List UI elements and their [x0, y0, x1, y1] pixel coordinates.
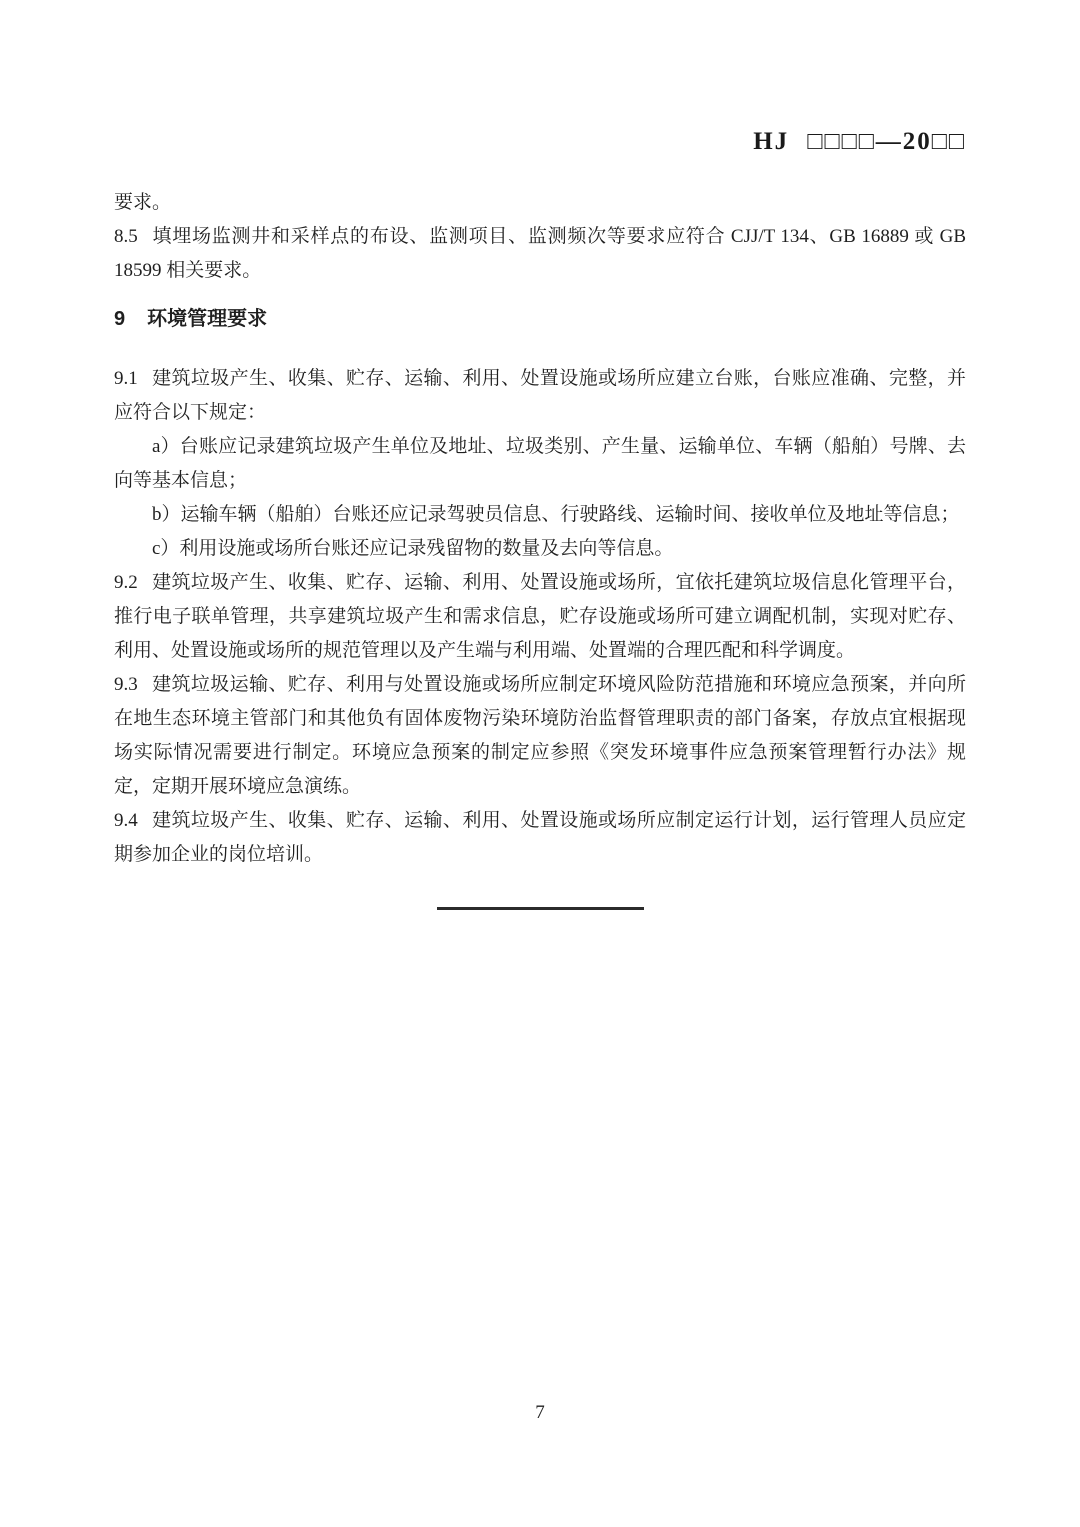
clause-number: 9.2: [114, 572, 138, 593]
clause-text: 建筑垃圾产生、收集、贮存、运输、利用、处置设施或场所应制定运行计划，运行管理人员…: [114, 810, 966, 865]
document-page: HJ □□□□—20□□ 要求。 8.5填埋场监测井和采样点的布设、监测项目、监…: [0, 0, 1080, 1527]
clause-9-4: 9.4建筑垃圾产生、收集、贮存、运输、利用、处置设施或场所应制定运行计划，运行管…: [114, 804, 966, 872]
clause-number: 8.5: [114, 226, 138, 247]
list-item-a: a）台账应记录建筑垃圾产生单位及地址、垃圾类别、产生量、运输单位、车辆（船舶）号…: [114, 430, 966, 498]
list-item-text: c）利用设施或场所台账还应记录残留物的数量及去向等信息。: [152, 538, 673, 559]
paragraph-continuation: 要求。: [114, 186, 966, 220]
end-of-document-rule: [437, 907, 644, 910]
clause-9-2: 9.2建筑垃圾产生、收集、贮存、运输、利用、处置设施或场所，宜依托建筑垃圾信息化…: [114, 566, 966, 668]
paragraph-text: 要求。: [114, 192, 171, 213]
section-9-heading: 9环境管理要求: [114, 302, 966, 336]
list-item-b: b）运输车辆（船舶）台账还应记录驾驶员信息、行驶路线、运输时间、接收单位及地址等…: [114, 498, 966, 532]
clause-9-1: 9.1建筑垃圾产生、收集、贮存、运输、利用、处置设施或场所应建立台账，台账应准确…: [114, 362, 966, 430]
document-body: 要求。 8.5填埋场监测井和采样点的布设、监测项目、监测频次等要求应符合 CJJ…: [114, 0, 966, 910]
clause-text: 建筑垃圾产生、收集、贮存、运输、利用、处置设施或场所应建立台账，台账应准确、完整…: [114, 368, 966, 423]
section-number: 9: [114, 308, 125, 330]
clause-number: 9.4: [114, 810, 138, 831]
clause-number: 9.1: [114, 368, 138, 389]
page-number: 7: [0, 1396, 1080, 1430]
section-title: 环境管理要求: [147, 308, 267, 330]
list-item-c: c）利用设施或场所台账还应记录残留物的数量及去向等信息。: [114, 532, 966, 566]
clause-text: 填埋场监测井和采样点的布设、监测项目、监测频次等要求应符合 CJJ/T 134、…: [114, 226, 966, 281]
clause-9-3: 9.3建筑垃圾运输、贮存、利用与处置设施或场所应制定环境风险防范措施和环境应急预…: [114, 668, 966, 804]
list-item-text: a）台账应记录建筑垃圾产生单位及地址、垃圾类别、产生量、运输单位、车辆（船舶）号…: [114, 436, 966, 491]
list-item-text: b）运输车辆（船舶）台账还应记录驾驶员信息、行驶路线、运输时间、接收单位及地址等…: [152, 504, 960, 525]
clause-text: 建筑垃圾产生、收集、贮存、运输、利用、处置设施或场所，宜依托建筑垃圾信息化管理平…: [114, 572, 966, 661]
clause-text: 建筑垃圾运输、贮存、利用与处置设施或场所应制定环境风险防范措施和环境应急预案，并…: [114, 674, 966, 797]
clause-number: 9.3: [114, 674, 138, 695]
clause-8-5: 8.5填埋场监测井和采样点的布设、监测项目、监测频次等要求应符合 CJJ/T 1…: [114, 220, 966, 288]
